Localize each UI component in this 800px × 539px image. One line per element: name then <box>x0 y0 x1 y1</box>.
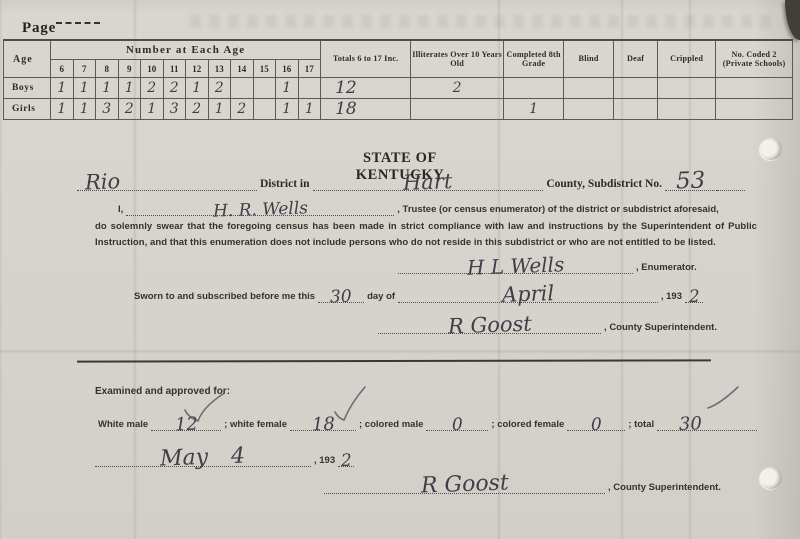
total-cell: 18 <box>321 99 411 120</box>
day-handwritten: 30 <box>330 289 352 304</box>
private-schools-header: No. Coded 2 (Private Schools) <box>716 40 793 78</box>
count-cell: 2 <box>208 78 231 99</box>
count-cell: 1 <box>276 78 299 99</box>
enumerator-label: , Enumerator. <box>633 262 700 274</box>
subdistrict-number-handwritten: 53 <box>676 172 706 193</box>
trustee-name-line: I, H. R. Wells , Trustee (or census enum… <box>95 199 757 216</box>
sworn-label: Sworn to and subscribed before me this <box>131 291 318 303</box>
year-printed-label: , 193 <box>658 291 685 303</box>
count-cell: 2 <box>231 99 254 120</box>
row-label: Girls <box>4 99 51 120</box>
page-number-label: Page <box>22 20 56 37</box>
county-superintendent-label: , County Superintendent. <box>601 322 720 334</box>
total-label: ; total <box>625 419 657 431</box>
row-label: Boys <box>4 78 51 99</box>
coded-cell <box>716 99 793 120</box>
illiterates-header: Illiterates Over 10 Years Old <box>411 40 504 78</box>
blind-cell <box>564 78 614 99</box>
deaf-header: Deaf <box>614 40 658 78</box>
age-label: 9 <box>118 60 141 78</box>
trustee-name-handwritten: H. R. Wells <box>213 201 308 219</box>
approval-year-handwritten: 2 <box>340 453 351 468</box>
totals-header: Totals 6 to 17 Inc. <box>321 40 411 78</box>
count-cell: 1 <box>73 99 96 120</box>
trustee-label: , Trustee (or census enumerator) of the … <box>394 204 757 216</box>
count-cell <box>253 78 276 99</box>
age-label: 10 <box>141 60 164 78</box>
blind-cell <box>564 99 614 120</box>
completed-cell <box>504 78 564 99</box>
group-header: Number at Each Age <box>51 40 321 60</box>
page-corner-fold <box>785 0 800 40</box>
district-handwritten: Rio <box>77 173 121 192</box>
day-of-label: day of <box>364 291 398 303</box>
year-printed-label: , 193 <box>311 455 338 467</box>
superintendent-signature: R Goost <box>447 316 531 337</box>
deaf-cell <box>614 78 658 99</box>
age-label: 6 <box>51 60 74 78</box>
count-cell: 1 <box>96 78 119 99</box>
blind-header: Blind <box>564 40 614 78</box>
count-cell <box>298 78 321 99</box>
hole-punch <box>760 467 782 489</box>
count-cell: 1 <box>276 99 299 120</box>
crippled-cell <box>658 99 716 120</box>
ink-bleed-through <box>190 15 780 28</box>
enumerator-signature: H L Wells <box>467 256 565 276</box>
white-male-label: White male <box>95 419 151 431</box>
oath-text: do solemnly swear that the foregoing cen… <box>95 219 757 250</box>
boys-row: Boys 1 1 1 1 2 2 1 2 1 12 2 <box>4 78 793 99</box>
count-cell <box>231 78 254 99</box>
approval-date-handwritten: May 4 <box>160 448 246 470</box>
colored-female-label: ; colored female <box>488 419 567 431</box>
count-cell: 2 <box>118 99 141 120</box>
hole-punch <box>760 138 782 160</box>
county-subdistrict-label: County, Subdistrict No. <box>543 178 665 191</box>
approval-date-line: May 4 , 193 2 <box>95 441 395 467</box>
count-cell: 2 <box>186 99 209 120</box>
age-label: 16 <box>276 60 299 78</box>
colored-male-label: ; colored male <box>356 419 426 431</box>
approval-signature-line: R Goost , County Superintendent. <box>95 468 720 494</box>
age-label: 15 <box>253 60 276 78</box>
count-cell: 2 <box>163 78 186 99</box>
section-divider <box>77 359 711 362</box>
enumerator-signature-line: H L Wells , Enumerator. <box>95 250 757 274</box>
scanned-census-document: Page Age Number at Each Age Totals 6 to … <box>0 0 800 539</box>
count-cell: 1 <box>73 78 96 99</box>
completed-cell: 1 <box>504 99 564 120</box>
district-in-label: District in <box>257 178 313 191</box>
sworn-line: Sworn to and subscribed before me this 3… <box>95 281 703 303</box>
age-label: 8 <box>96 60 119 78</box>
census-count-table: Age Number at Each Age Totals 6 to 17 In… <box>3 39 793 120</box>
county-handwritten: Hart <box>403 173 453 193</box>
count-cell: 1 <box>118 78 141 99</box>
approval-superintendent-signature: R Goost <box>420 475 508 497</box>
illiterates-cell: 2 <box>411 78 504 99</box>
age-column-header: Age <box>4 40 51 78</box>
illiterates-cell <box>411 99 504 120</box>
coded-cell <box>716 78 793 99</box>
deaf-cell <box>614 99 658 120</box>
age-label: 14 <box>231 60 254 78</box>
examined-heading: Examined and approved for: <box>95 386 230 397</box>
superintendent-signature-line: R Goost , County Superintendent. <box>95 310 720 334</box>
count-cell: 2 <box>141 78 164 99</box>
white-female-value: 18 <box>311 416 334 432</box>
colored-female-value: 0 <box>591 417 602 432</box>
count-cell: 1 <box>51 99 74 120</box>
total-value: 30 <box>657 416 702 433</box>
i-label: I, <box>115 204 126 216</box>
page-number-blank <box>56 22 100 24</box>
district-line: Rio District in Hart County, Subdistrict… <box>77 167 745 191</box>
age-label: 13 <box>208 60 231 78</box>
crippled-header: Crippled <box>658 40 716 78</box>
girls-row: Girls 1 1 3 2 1 3 2 1 2 1 1 18 1 <box>4 99 793 120</box>
count-cell: 1 <box>186 78 209 99</box>
approval-counts-line: White male 12 ; white female 18 ; colore… <box>95 407 757 431</box>
age-label: 11 <box>163 60 186 78</box>
paper-crease <box>0 349 800 354</box>
age-label: 7 <box>73 60 96 78</box>
month-handwritten: April <box>502 285 555 305</box>
age-label: 12 <box>186 60 209 78</box>
county-superintendent-label: , County Superintendent. <box>605 482 724 494</box>
age-label: 17 <box>298 60 321 78</box>
count-cell: 3 <box>163 99 186 120</box>
count-cell <box>253 99 276 120</box>
count-cell: 1 <box>208 99 231 120</box>
count-cell: 1 <box>298 99 321 120</box>
completed-8th-grade-header: Completed 8th Grade <box>504 40 564 78</box>
count-cell: 1 <box>141 99 164 120</box>
white-female-label: ; white female <box>221 419 290 431</box>
year-handwritten: 2 <box>688 289 699 304</box>
crippled-cell <box>658 78 716 99</box>
table-header-row: Age Number at Each Age Totals 6 to 17 In… <box>4 40 793 60</box>
count-cell: 1 <box>51 78 74 99</box>
total-cell: 12 <box>321 78 411 99</box>
colored-male-value: 0 <box>452 417 463 432</box>
white-male-value: 12 <box>174 416 197 432</box>
count-cell: 3 <box>96 99 119 120</box>
